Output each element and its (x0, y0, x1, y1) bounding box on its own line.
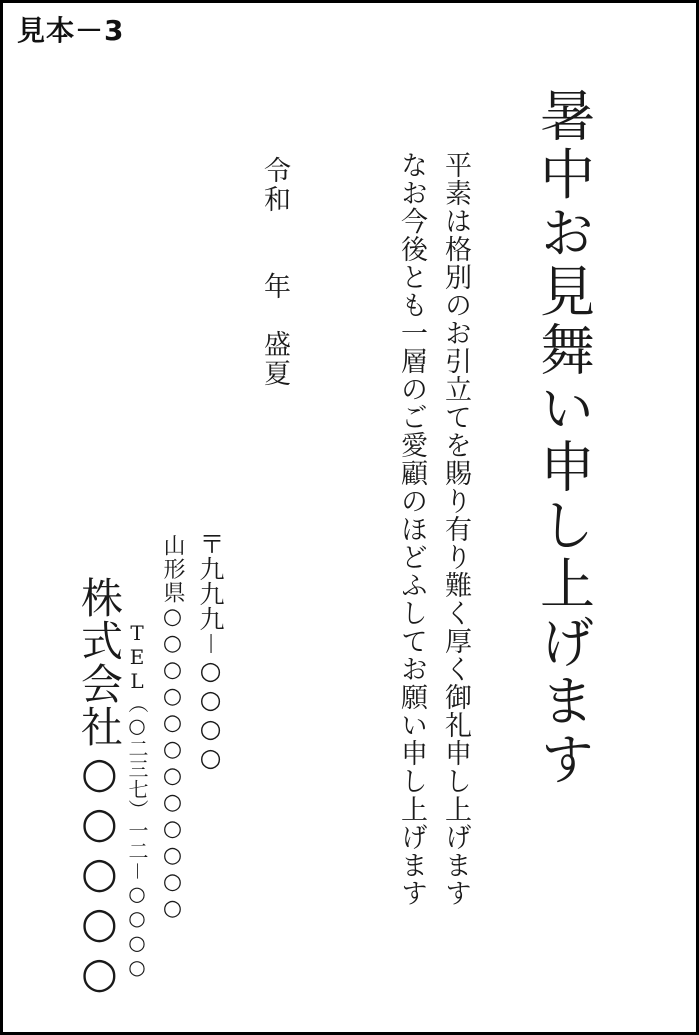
era-date-line: 令和 年 盛夏 (255, 156, 294, 388)
sample-number-label: 見本－3 (17, 9, 124, 49)
sender-address-line: 山形県○○○○○○○○○○○○ (157, 534, 188, 923)
greeting-body: 平素は格別のお引立てを賜り有り難く厚く御礼申し上げます なお今後とも一層のご愛顧… (389, 151, 477, 907)
greeting-body-line-2: なお今後とも一層のご愛顧のほどふしてお願い申し上げます (389, 151, 433, 907)
sender-postal-code: 〒九九九－○○○○ (192, 531, 228, 772)
postcard-sample-sheet: 見本－3 暑中お見舞い申し上げます 平素は格別のお引立てを賜り有り難く厚く御礼申… (0, 0, 699, 1035)
greeting-title: 暑中お見舞い申し上げます (524, 87, 603, 789)
greeting-body-line-1: 平素は格別のお引立てを賜り有り難く厚く御礼申し上げます (433, 151, 477, 907)
sender-company-name: 株式会社○○○○○ (69, 576, 129, 998)
